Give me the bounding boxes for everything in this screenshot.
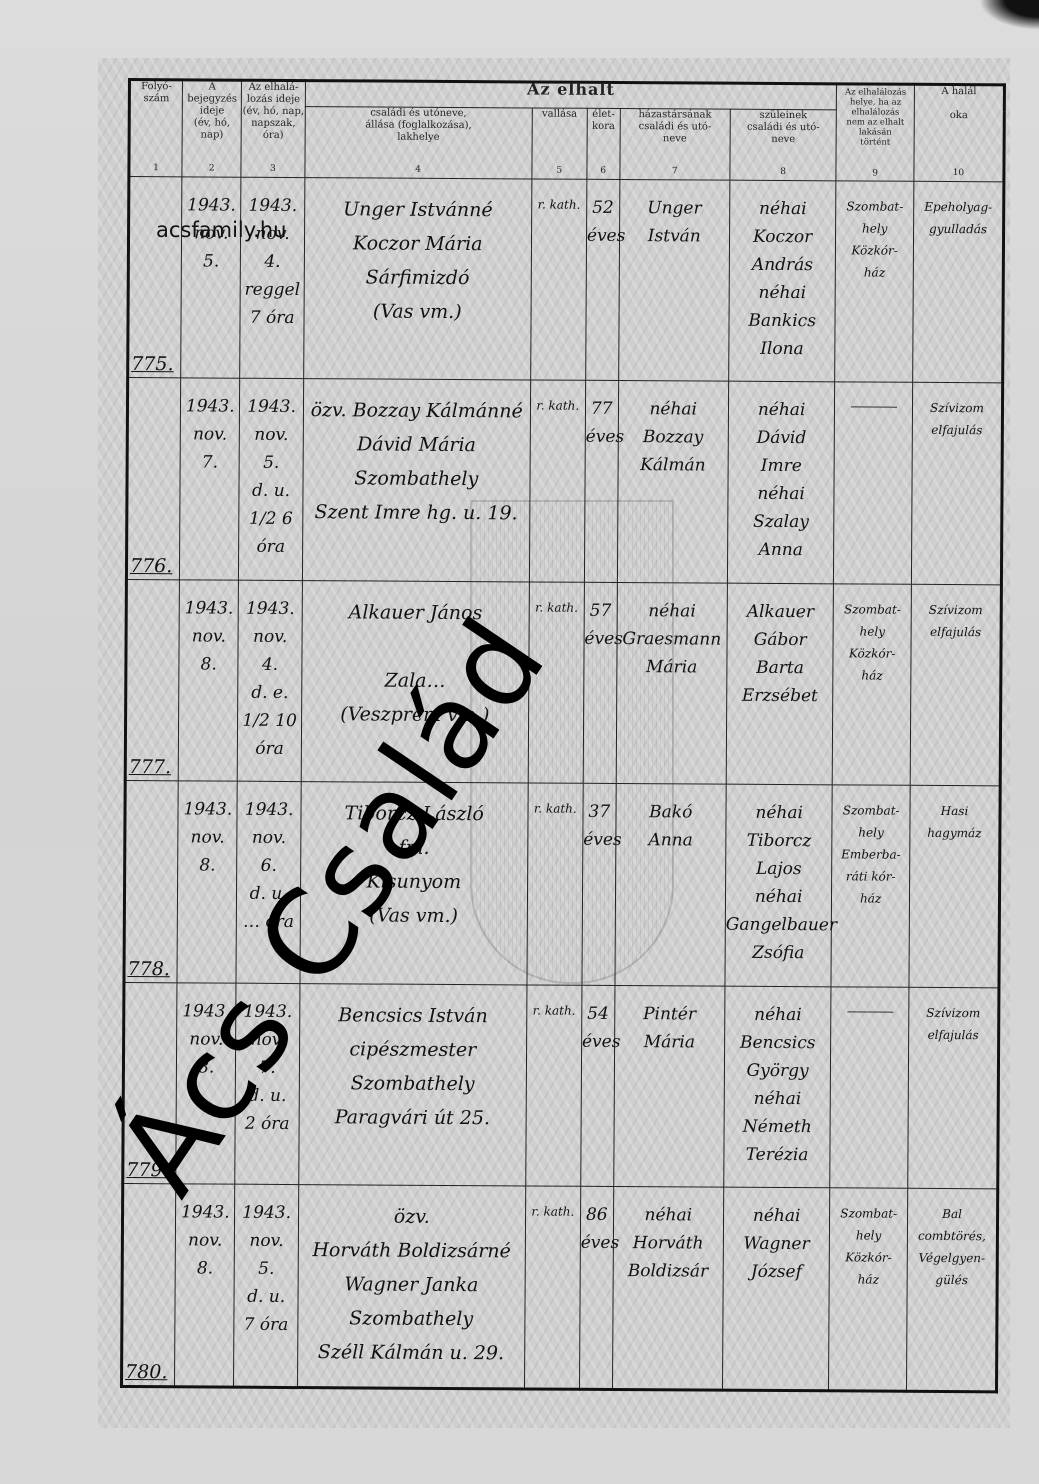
death-place-cell: Szombat-helyKözkór-ház <box>833 584 912 786</box>
religion-cell: r. kath. <box>529 380 585 582</box>
handwritten-line: nov. <box>239 623 302 651</box>
handwritten-line: 8. <box>176 1255 234 1283</box>
handwritten-line: nov. <box>235 1227 298 1255</box>
handwritten-line: reggel <box>241 276 304 304</box>
handwritten-line: Szombat- <box>833 800 910 822</box>
handwritten-line: hagymáz <box>910 822 998 845</box>
handwritten-line: 4. <box>239 651 302 679</box>
cause-of-death-cell: Szívizomelfajulás <box>910 584 1001 786</box>
handwritten-line: 37 <box>583 798 615 826</box>
parents-cell: néhaiDávidImrenéhaiSzalayAnna <box>727 382 835 584</box>
handwritten-line: Erzsébet <box>727 682 833 711</box>
handwritten-line: Tiborcz <box>726 827 832 856</box>
death-date-cell: 1943.nov.5.d. u.7 óra <box>234 1185 299 1388</box>
death-register-table: Folyó-szám1 Abejegyzésideje(év, hó,nap)2… <box>120 78 1006 1393</box>
cause-of-death-cell: Epeholyag-gyulladás <box>913 181 1004 383</box>
header-col-3: Az elhalá-lozás ideje(év, hó, nap,napsza… <box>241 80 305 177</box>
handwritten-line: Szombat- <box>830 1203 907 1225</box>
handwritten-line: Epeholyag- <box>914 196 1002 219</box>
header-label: Az elhalálozáshelye, ha azelhalálozásnem… <box>837 87 914 147</box>
handwritten-line: d. u. <box>240 477 303 505</box>
handwritten-line: 1943. <box>179 796 237 824</box>
handwritten-line: Szombathely <box>300 1066 526 1101</box>
handwritten-line: Koczor Mária <box>305 226 531 261</box>
handwritten-line: éves <box>581 1229 613 1257</box>
spouse-cell: néhaiHorváthBoldizsár <box>612 1187 724 1390</box>
handwritten-line: Szívizom <box>909 1002 997 1025</box>
handwritten-line: nov. <box>180 622 238 650</box>
handwritten-line: Barta <box>727 654 833 683</box>
header-col-9: Az elhalálozáshelye, ha azelhalálozásnem… <box>836 84 914 181</box>
header-label: A halál oka <box>915 86 1003 123</box>
age-cell: 77éves <box>584 381 618 583</box>
handwritten-line: cipészmester <box>300 1032 526 1067</box>
scanned-register-page: Folyó-szám1 Abejegyzésideje(év, hó,nap)2… <box>0 0 1039 1484</box>
entry-number: 777. <box>129 756 171 778</box>
handwritten-line: hely <box>836 217 913 239</box>
handwritten-line: d. e. <box>239 679 302 707</box>
handwritten-line: 86 <box>581 1201 613 1229</box>
handwritten-line: néhai <box>725 1001 831 1030</box>
handwritten-line: néhai <box>728 480 834 509</box>
religion-cell: r. kath. <box>530 179 586 381</box>
handwritten-line: 7. <box>181 449 239 477</box>
handwritten-line: 1943. <box>240 393 303 421</box>
handwritten-line: Szombat- <box>836 195 913 217</box>
handwritten-line: ház <box>830 1269 907 1291</box>
handwritten-line: Paragvári út 25. <box>299 1100 525 1135</box>
handwritten-line: (Vas vm.) <box>304 294 530 329</box>
religion-cell: r. kath. <box>527 783 583 985</box>
header-col-1: Folyó-szám1 <box>129 80 183 177</box>
handwritten-line: Horváth Boldizsárné <box>299 1233 525 1268</box>
age-cell: 37éves <box>582 784 616 986</box>
handwritten-line: nov. <box>176 1227 234 1255</box>
handwritten-line: 1943. <box>180 594 238 622</box>
parents-cell: néhaiKoczorAndrásnéhaiBankicsIlona <box>729 180 837 382</box>
handwritten-line: r. kath. <box>528 798 582 820</box>
death-place-cell <box>830 987 909 1189</box>
handwritten-line: Zsófia <box>726 939 832 968</box>
handwritten-line: Lajos <box>726 855 832 884</box>
handwritten-line: Hasi <box>910 800 998 823</box>
handwritten-line: r. kath. <box>529 596 583 618</box>
handwritten-line: Alkauer <box>728 598 834 627</box>
handwritten-line: elfajulás <box>912 621 1000 644</box>
handwritten-line: Mária <box>617 653 727 682</box>
parents-cell: AlkauerGáborBartaErzsébet <box>726 583 834 785</box>
handwritten-line: combtörés, <box>908 1225 996 1248</box>
empty-dash <box>851 407 897 408</box>
handwritten-line: Széll Kálmán u. 29. <box>298 1335 524 1370</box>
handwritten-line: nov. <box>178 824 236 852</box>
handwritten-line: Boldizsár <box>613 1257 723 1286</box>
handwritten-line: Bal <box>908 1203 996 1226</box>
spouse-cell: PintérMária <box>613 985 725 1187</box>
handwritten-line: 52 <box>587 194 619 222</box>
handwritten-line: néhai <box>726 799 832 828</box>
header-label: házastársánakcsaládi és utó-neve <box>620 109 730 146</box>
handwritten-line: 77 <box>586 395 618 423</box>
register-row: 775.1943.nov.5.1943.nov.4.reggel7 óraUng… <box>128 177 1004 384</box>
header-col-2: Abejegyzésideje(év, hó,nap)2 <box>182 80 242 177</box>
handwritten-line: r. kath. <box>531 395 585 417</box>
deceased-name-cell: Unger IstvánnéKoczor MáriaSárfimizdó(Vas… <box>303 178 531 381</box>
handwritten-line: 7 óra <box>241 304 304 332</box>
handwritten-line: Gangelbauer <box>726 911 832 940</box>
handwritten-line: 7 óra <box>235 1311 298 1339</box>
header-label: Az elhalá-lozás ideje(év, hó, nap,napsza… <box>242 82 305 142</box>
handwritten-line: ráti kór- <box>832 866 909 888</box>
register-row: 776.1943.nov.7.1943.nov.5.d. u.1/2 6 óra… <box>126 378 1002 585</box>
header-group-title: Az elhalt <box>305 81 837 110</box>
handwritten-line: néhai <box>729 396 835 425</box>
handwritten-line: özv. <box>299 1199 525 1234</box>
handwritten-line: Közkór- <box>836 239 913 261</box>
handwritten-line: 5. <box>240 449 303 477</box>
cause-of-death-cell: Hasihagymáz <box>909 786 1000 988</box>
handwritten-line: 8. <box>178 852 236 880</box>
handwritten-line: hely <box>834 620 911 642</box>
handwritten-line: elfajulás <box>909 1024 997 1047</box>
handwritten-line: Graesmann <box>617 625 727 654</box>
header-col-4: családi és utóneve,állása (foglalkozása)… <box>305 107 532 179</box>
entry-date-cell: 1943.nov.5. <box>181 177 242 379</box>
header-label: Abejegyzésideje(év, hó,nap) <box>183 81 242 141</box>
handwritten-line: Bencsics <box>725 1029 831 1058</box>
header-col-6: élet-kora6 <box>587 108 620 179</box>
handwritten-line: néhai <box>730 279 836 308</box>
handwritten-line: gyulladás <box>914 218 1002 241</box>
parents-cell: néhaiBencsicsGyörgynéhaiNémethTerézia <box>724 986 832 1188</box>
handwritten-line: nov. <box>240 421 303 449</box>
handwritten-line: 1943. <box>182 191 240 219</box>
death-place-cell: Szombat-helyKözkór-ház <box>835 181 914 383</box>
handwritten-line: 5. <box>235 1255 298 1283</box>
handwritten-line: éves <box>582 1028 614 1056</box>
handwritten-line: nov. <box>181 421 239 449</box>
parents-cell: néhaiWagnerJózsef <box>722 1188 830 1391</box>
spouse-cell: UngerIstván <box>618 180 730 382</box>
handwritten-line: 4. <box>241 248 304 276</box>
handwritten-line: István <box>620 222 730 251</box>
handwritten-line: Szalay <box>728 508 834 537</box>
empty-dash <box>847 1011 893 1012</box>
age-cell: 54éves <box>581 985 615 1187</box>
handwritten-line: Közkór- <box>830 1247 907 1269</box>
handwritten-line: éves <box>587 222 619 250</box>
age-cell: 57éves <box>583 582 617 784</box>
row-number-cell: 775. <box>128 177 182 379</box>
entry-date-cell: 1943.nov.8. <box>178 580 239 782</box>
handwritten-line: Kálmán <box>618 451 728 480</box>
handwritten-line: Anna <box>728 536 834 565</box>
handwritten-line: ház <box>832 888 909 910</box>
age-cell: 86éves <box>579 1187 613 1390</box>
handwritten-line: Imre <box>729 452 835 481</box>
handwritten-line: Bankics <box>729 307 835 336</box>
handwritten-line: Szombat- <box>834 598 911 620</box>
handwritten-line: 1/2 10 óra <box>238 707 301 763</box>
handwritten-line: József <box>724 1258 830 1287</box>
spouse-cell: néhaiGraesmannMária <box>616 582 728 784</box>
row-number-cell: 776. <box>126 378 180 580</box>
handwritten-line: Bozzay <box>618 423 728 452</box>
handwritten-line: Végelgyen- <box>908 1247 996 1270</box>
handwritten-line: 1943. <box>181 393 239 421</box>
entry-number: 776. <box>130 555 172 577</box>
handwritten-line: d. u. <box>235 1283 298 1311</box>
handwritten-line: néhai <box>724 1202 830 1231</box>
site-watermark: acsfamily.hu <box>156 218 286 242</box>
page-corner-shadow <box>979 0 1039 30</box>
handwritten-line: néhai <box>618 395 728 424</box>
register-row: 780.1943.nov.8.1943.nov.5.d. u.7 óraözv.… <box>122 1184 998 1392</box>
handwritten-line: Unger <box>620 194 730 223</box>
handwritten-line: 1943. <box>235 1199 298 1227</box>
row-number-cell: 777. <box>125 579 179 781</box>
handwritten-line: Mária <box>615 1028 725 1057</box>
handwritten-line: Koczor <box>730 223 836 252</box>
handwritten-line: Szent Imre hg. u. 19. <box>303 496 529 531</box>
header-label: Folyó-szám <box>131 81 182 105</box>
header-label: vallása <box>532 108 586 120</box>
handwritten-line: Unger Istvánné <box>305 192 531 227</box>
death-place-cell <box>834 382 913 584</box>
handwritten-line: ház <box>834 664 911 686</box>
entry-number: 778. <box>127 958 169 980</box>
handwritten-line: Ilona <box>729 335 835 364</box>
handwritten-line: éves <box>584 625 616 653</box>
handwritten-line: r. kath. <box>527 999 581 1021</box>
handwritten-line: Terézia <box>724 1141 830 1170</box>
handwritten-line: Horváth <box>613 1229 723 1258</box>
parents-cell: néhaiTiborczLajosnéhaiGangelbauerZsófia <box>725 785 833 987</box>
handwritten-line: 1943. <box>239 595 302 623</box>
handwritten-line: elfajulás <box>913 419 1001 442</box>
handwritten-line: r. kath. <box>526 1201 580 1223</box>
deceased-name-cell: özv. Bozzay KálmánnéDávid MáriaSzombathe… <box>302 379 530 582</box>
header-col-10: A halál oka10 <box>914 84 1005 182</box>
handwritten-line: r. kath. <box>532 193 586 215</box>
death-date-cell: 1943.nov.5.d. u.1/2 6 óra <box>239 379 304 581</box>
handwritten-line: ház <box>836 261 913 283</box>
handwritten-line: özv. Bozzay Kálmánné <box>304 394 530 429</box>
handwritten-line: Wagner <box>724 1230 830 1259</box>
religion-cell: r. kath. <box>525 985 581 1187</box>
handwritten-line: 1943. <box>238 796 301 824</box>
header-col-8: szüleinekcsaládi és utó-neve8 <box>730 109 837 181</box>
entry-number: 775. <box>131 354 173 376</box>
row-number-cell: 780. <box>122 1184 176 1387</box>
spouse-cell: néhaiBozzayKálmán <box>617 381 729 583</box>
header-label: élet-kora <box>588 109 620 133</box>
handwritten-line: néhai <box>730 195 836 224</box>
handwritten-line: Bakó <box>616 798 726 827</box>
row-number-cell: 778. <box>124 781 178 983</box>
header-label: családi és utóneve,állása (foglalkozása)… <box>305 107 531 144</box>
handwritten-line: Szombathely <box>303 462 529 497</box>
handwritten-line: Szívizom <box>912 599 1000 622</box>
handwritten-line: Anna <box>616 826 726 855</box>
death-date-cell: 1943.nov.4.d. e.1/2 10 óra <box>238 580 303 782</box>
cause-of-death-cell: Szívizomelfajulás <box>911 383 1002 585</box>
age-cell: 52éves <box>586 179 620 381</box>
handwritten-line: András <box>730 251 836 280</box>
handwritten-line: Pintér <box>615 1000 725 1029</box>
handwritten-line: 57 <box>585 597 617 625</box>
handwritten-line: 1/2 6 óra <box>239 505 302 561</box>
handwritten-line: Dávid Mária <box>303 428 529 463</box>
handwritten-line: éves <box>583 826 615 854</box>
handwritten-line: Németh <box>724 1113 830 1142</box>
entry-date-cell: 1943.nov.7. <box>180 378 241 580</box>
cause-of-death-cell: Balcombtörés,Végelgyen-gülés <box>906 1189 997 1392</box>
spouse-cell: BakóAnna <box>615 784 727 986</box>
handwritten-line: 1943. <box>242 192 305 220</box>
handwritten-line: 54 <box>582 1000 614 1028</box>
handwritten-line: hely <box>833 822 910 844</box>
handwritten-line: 5. <box>182 247 240 275</box>
header-col-5: vallása5 <box>532 108 588 179</box>
handwritten-line: gülés <box>908 1269 996 1292</box>
handwritten-line: Sárfimizdó <box>304 260 530 295</box>
handwritten-line: Wagner Janka <box>298 1267 524 1302</box>
header-col-7: házastársánakcsaládi és utó-neve7 <box>619 109 730 181</box>
handwritten-line: György <box>725 1057 831 1086</box>
cause-of-death-cell: Szívizomelfajulás <box>908 987 999 1189</box>
handwritten-line: Közkór- <box>834 642 911 664</box>
handwritten-line: Dávid <box>729 424 835 453</box>
handwritten-line: Szívizom <box>913 397 1001 420</box>
handwritten-line: néhai <box>614 1201 724 1230</box>
handwritten-line: néhai <box>725 1085 831 1114</box>
handwritten-line: Szombathely <box>298 1301 524 1336</box>
handwritten-line: néhai <box>726 883 832 912</box>
handwritten-line: 8. <box>179 650 237 678</box>
deceased-name-cell: özv.Horváth BoldizsárnéWagner JankaSzomb… <box>297 1185 525 1389</box>
handwritten-line: éves <box>586 423 618 451</box>
handwritten-line: Gábor <box>727 626 833 655</box>
entry-number: 780. <box>125 1361 167 1383</box>
handwritten-line: néhai <box>617 597 727 626</box>
handwritten-line: hely <box>830 1225 907 1247</box>
death-place-cell: Szombat-helyKözkór-ház <box>829 1188 908 1391</box>
handwritten-line: Emberba- <box>833 844 910 866</box>
header-label: szüleinekcsaládi és utó-neve <box>731 110 837 147</box>
religion-cell: r. kath. <box>524 1186 580 1389</box>
death-date-cell: 1943.nov.4.reggel7 óra <box>240 177 305 379</box>
death-place-cell: Szombat-helyEmberba-ráti kór-ház <box>831 785 910 987</box>
